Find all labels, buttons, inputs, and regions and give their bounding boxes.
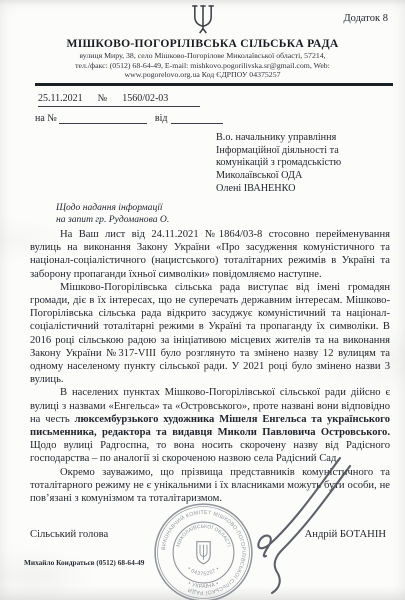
subject-block: Щодо надання інформації на запит гр. Руд… xyxy=(56,202,169,226)
incoming-date-blank xyxy=(171,112,223,124)
org-address: вулиця Миру, 38, село Мішково-Погорілове… xyxy=(0,51,405,80)
address-line: www.pogorelovo.org.ua Код ЄДРПОУ 0437525… xyxy=(0,70,405,80)
stamp-trident-icon xyxy=(197,542,210,564)
org-name: МІШКОВО-ПОГОРІЛІВСЬКА СІЛЬСЬКА РАДА xyxy=(0,37,405,50)
recipient-line: Інформаційної діяльності та xyxy=(216,145,341,158)
paragraph-2: Мішково-Погорілівська сільська рада вист… xyxy=(30,281,390,387)
signoff-title: Сільський голова xyxy=(30,529,108,540)
scanned-letter-page: Додаток 8 МІШКОВО-ПОГОРІЛІВСЬКА СІЛЬСЬКА… xyxy=(0,0,405,600)
recipient-block: В.о. начальнику управління Інформаційної… xyxy=(216,132,341,196)
subject-line: на запит гр. Рудоманова О. xyxy=(56,214,169,226)
outgoing-number: 1560/02-03 xyxy=(122,93,168,104)
incoming-prefix: на № xyxy=(35,113,57,124)
paragraph-3-bold: люксембурзького художника Мішеля Енгельс… xyxy=(30,414,390,438)
recipient-line: В.о. начальнику управління xyxy=(216,132,341,145)
stamp-code-text: • 04375257 • xyxy=(186,566,221,578)
outgoing-date: 25.11.2021 xyxy=(38,93,83,104)
incoming-from-label: від xyxy=(155,113,168,124)
paragraph-1: На Ваш лист від 24.11.2021 №1864/03-8 ст… xyxy=(30,228,390,281)
svg-text:• 04375257 •: • 04375257 • xyxy=(186,566,221,578)
header-divider xyxy=(35,83,393,86)
address-line: тел./факс: (0512) 68-64-49, E-mail: mish… xyxy=(0,61,405,71)
recipient-name: Олені ІВАНЕНКО xyxy=(216,183,341,196)
address-line: вулиця Миру, 38, село Мішково-Погорілове… xyxy=(0,51,405,61)
appendix-label: Додаток 8 xyxy=(343,13,388,24)
incoming-number-blank xyxy=(59,112,147,124)
outgoing-reference: 25.11.2021 № 1560/02-03 xyxy=(38,93,200,107)
ukraine-trident-icon xyxy=(190,3,215,36)
executor-contact: Михайло Кондратьєв (0512) 68-64-49 xyxy=(24,558,144,567)
incoming-reference: на № від xyxy=(35,112,223,124)
number-sign: № xyxy=(98,93,108,104)
recipient-line: комунікацій з громадськістю xyxy=(216,157,341,170)
subject-line: Щодо надання інформації xyxy=(56,202,169,214)
recipient-line: Миколаївської ОДА xyxy=(216,170,341,183)
handwritten-signature xyxy=(222,452,357,597)
